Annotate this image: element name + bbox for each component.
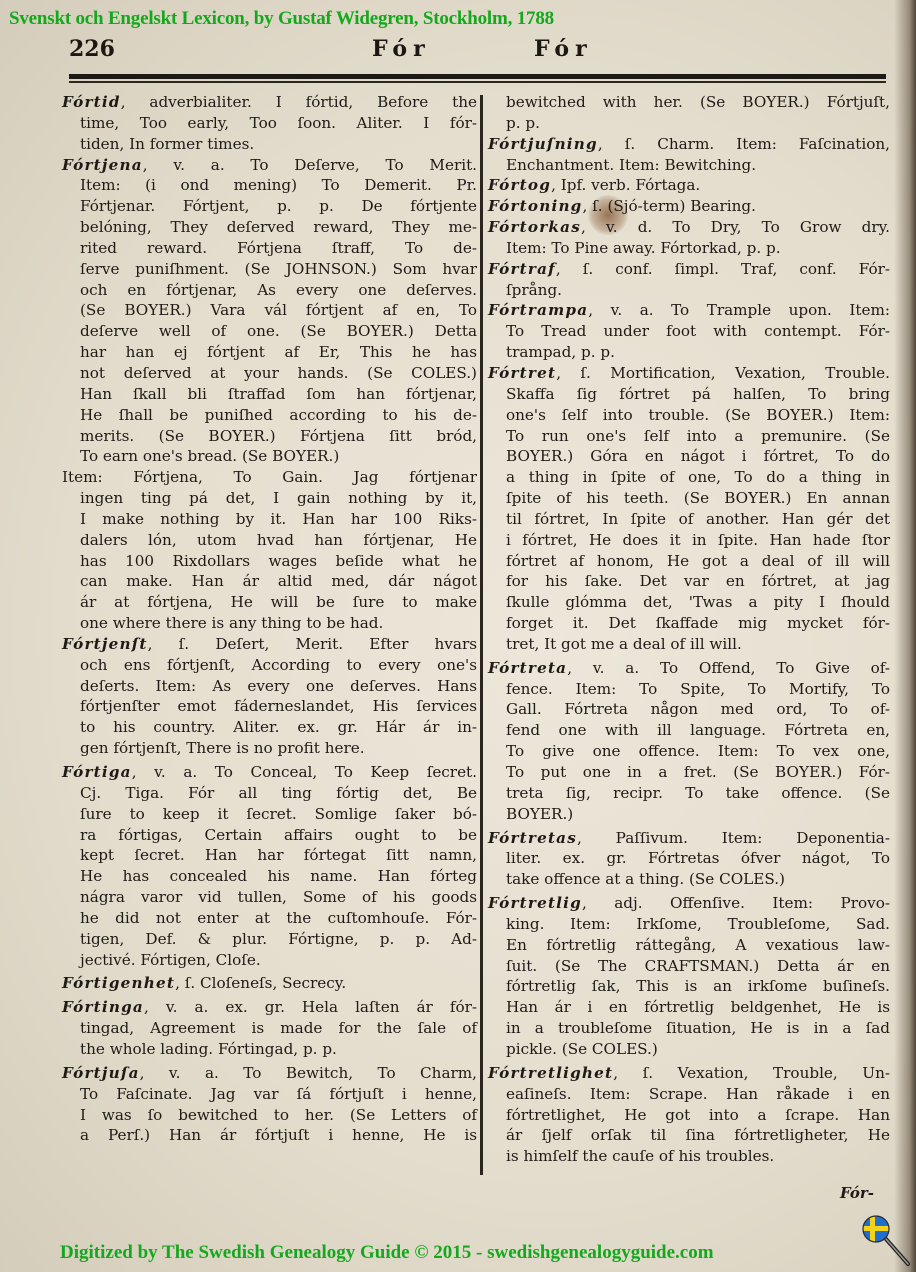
- dictionary-entry-line: deſerve well of one. (Se BOYER.) Detta: [62, 321, 477, 342]
- entry-text: fend one with ill language. Fórtreta en,: [506, 721, 890, 739]
- entry-text: tingad, Agreement is made for the ſale o…: [80, 1019, 477, 1037]
- dictionary-entry-line: he did not enter at the cuſtomhouſe. Fór…: [62, 908, 477, 929]
- dictionary-entry-line: bewitched with her. (Se BOYER.) Fórtjuſt…: [488, 92, 890, 113]
- entry-text: ſkulle glómma det, 'Twas a pity I ſhould: [506, 593, 890, 611]
- dictionary-entry-line: ingen ting pá det, I gain nothing by it,: [62, 488, 477, 509]
- entry-text: fórtretlighet, He got into a ſcrape. Han: [506, 1106, 890, 1124]
- dictionary-entry-headword-line: Fórtrampa, v. a. To Trample upon. Item:: [488, 300, 890, 321]
- entry-text: To Tread under foot with contempt. Fór-: [506, 322, 890, 340]
- dictionary-entry-line: tret, It got me a deal of ill will.: [488, 634, 890, 655]
- dictionary-entry-line: To give one offence. Item: To vex one,: [488, 741, 890, 762]
- entry-text: BOYER.): [506, 805, 573, 823]
- dictionary-entry-line: forget it. Det ſkaffade mig mycket fór-: [488, 613, 890, 634]
- entry-text: king. Item: Irkſome, Troubleſome, Sad.: [506, 915, 890, 933]
- entry-text: , ſ. conf. ſimpl. Traf, conf. Fór-: [556, 260, 890, 278]
- dictionary-entry-line: (Se BOYER.) Vara vál fórtjent af en, To: [62, 300, 477, 321]
- dictionary-entry-line: ſprång.: [488, 280, 890, 301]
- entry-text: To earn one's bread. (Se BOYER.): [80, 447, 339, 465]
- dictionary-entry-line: Han ár i en fórtretlig beldgenhet, He is: [488, 997, 890, 1018]
- entry-text: bewitched with her. (Se BOYER.) Fórtjuſt…: [506, 93, 890, 111]
- dictionary-entry-line: can make. Han ár altid med, dár nágot: [62, 571, 477, 592]
- dictionary-entry-line: och ens fórtjenſt, According to every on…: [62, 655, 477, 676]
- entry-text: To give one offence. Item: To vex one,: [506, 742, 890, 760]
- dictionary-entry-line: king. Item: Irkſome, Troubleſome, Sad.: [488, 914, 890, 935]
- entry-text: ingen ting pá det, I gain nothing by it,: [80, 489, 477, 507]
- entry-text: och en fórtjenar, As every one deſerves.: [80, 281, 477, 299]
- running-head-left: Fór: [372, 36, 431, 62]
- entry-text: for his ſake. Det var en fórtret, at jag: [506, 572, 890, 590]
- dictionary-entry-line: Han ſkall bli ſtraffad ſom han fórtjenar…: [62, 384, 477, 405]
- dictionary-entry-line: has 100 Rixdollars wages beſide what he: [62, 551, 477, 572]
- digitized-by-banner: Digitized by The Swedish Genealogy Guide…: [60, 1242, 714, 1264]
- entry-text: kept ſecret. Han har fórtegat ſitt namn,: [80, 846, 477, 864]
- dictionary-entry-line: BOYER.): [488, 804, 890, 825]
- dictionary-entry-line: the whole lading. Fórtingad, p. p.: [62, 1039, 477, 1060]
- entry-text: Item: To Pine away. Fórtorkad, p. p.: [506, 239, 781, 257]
- headword: Fórtorkas: [488, 218, 581, 236]
- entry-text: , Ipf. verb. Fórtaga.: [551, 176, 700, 194]
- dictionary-entry-headword-line: Fórtretas, Paſſivum. Item: Deponentia-: [488, 828, 890, 849]
- entry-text: is himſelf the cauſe of his troubles.: [506, 1147, 774, 1165]
- headword: Fórtigenhet: [62, 974, 175, 992]
- dictionary-entry-line: time, Too early, Too ſoon. Aliter. I fór…: [62, 113, 477, 134]
- entry-text: ár at fórtjena, He will be ſure to make: [80, 593, 477, 611]
- page-number: 226: [69, 36, 115, 62]
- dictionary-entry-line: I make nothing by it. Han har 100 Riks-: [62, 509, 477, 530]
- headword: Fórtinga: [62, 998, 144, 1016]
- entry-text: tiden, In former times.: [80, 135, 254, 153]
- entry-text: Item: (i ond mening) To Demerit. Pr.: [80, 176, 477, 194]
- entry-text: a Perſ.) Han ár fórtjuſt i henne, He is: [80, 1126, 477, 1144]
- entry-text: fence. Item: To Spite, To Mortify, To: [506, 680, 890, 698]
- entry-text: ár ſjelf orſak til ſina fórtretligheter,…: [506, 1126, 890, 1144]
- entry-text: deſerts. Item: As every one deſerves. Ha…: [80, 677, 477, 695]
- dictionary-entry-line: Item: To Pine away. Fórtorkad, p. p.: [488, 238, 890, 259]
- right-column: bewitched with her. (Se BOYER.) Fórtjuſt…: [488, 92, 890, 1167]
- dictionary-entry-line: Gall. Fórtreta någon med ord, To of-: [488, 699, 890, 720]
- entry-text: Han ár i en fórtretlig beldgenhet, He is: [506, 998, 890, 1016]
- header-rule: [69, 74, 886, 83]
- entry-text: p. p.: [506, 114, 540, 132]
- entry-text: liter. ex. gr. Fórtretas ófver nágot, To: [506, 849, 890, 867]
- dictionary-entry-headword-line: Fórtog, Ipf. verb. Fórtaga.: [488, 175, 890, 196]
- dictionary-entry-line: He ſhall be puniſhed according to his de…: [62, 405, 477, 426]
- page-edge-shadow: [894, 0, 916, 1272]
- dictionary-entry-headword-line: Fórtraf, ſ. conf. ſimpl. Traf, conf. Fór…: [488, 259, 890, 280]
- entry-text: ſpite of his teeth. (Se BOYER.) En annan: [506, 489, 890, 507]
- dictionary-entry-line: fórtjenſter emot fáderneslandet, His ſer…: [62, 696, 477, 717]
- entry-text: fórtret af honom, He got a deal of ill w…: [506, 552, 890, 570]
- dictionary-entry-line: for his ſake. Det var en fórtret, at jag: [488, 571, 890, 592]
- entry-text: ſuit. (Se The CRAFTSMAN.) Detta ár en: [506, 957, 890, 975]
- dictionary-entry-headword-line: Fórtjenſt, ſ. Deſert, Merit. Efter hvars: [62, 634, 477, 655]
- entry-text: not deſerved at your hands. (Se COLES.): [80, 364, 477, 382]
- entry-text: the whole lading. Fórtingad, p. p.: [80, 1040, 337, 1058]
- entry-text: , adverbialiter. I fórtid, Before the: [121, 93, 477, 111]
- dictionary-entry-headword-line: Fórtoning, ſ. (Sjó-term) Bearing.: [488, 196, 890, 217]
- entry-text: jectivé. Fórtigen, Cloſe.: [80, 951, 261, 969]
- entry-text: (Se BOYER.) Vara vál fórtjent af en, To: [80, 301, 477, 319]
- headword: Fórtretlighet: [488, 1064, 613, 1082]
- dictionary-entry-headword-line: Fórtret, ſ. Mortification, Vexation, Tro…: [488, 363, 890, 384]
- dictionary-entry-line: to his country. Aliter. ex. gr. Hár ár i…: [62, 717, 477, 738]
- dictionary-entry-line: pickle. (Se COLES.): [488, 1039, 890, 1060]
- dictionary-entry-line: Enchantment. Item: Bewitching.: [488, 155, 890, 176]
- dictionary-entry-line: deſerts. Item: As every one deſerves. Ha…: [62, 676, 477, 697]
- entry-text: ſure to keep it ſecret. Somlige ſaker bó…: [80, 805, 477, 823]
- dictionary-entry-line: To Faſcinate. Jag var ſá fórtjuſt i henn…: [62, 1084, 477, 1105]
- dictionary-entry-headword-line: Fórtigenhet, ſ. Cloſeneſs, Secrecy.: [62, 973, 477, 994]
- left-column: Fórtid, adverbialiter. I fórtid, Before …: [62, 92, 477, 1146]
- dictionary-entry-headword-line: Fórtiga, v. a. To Conceal, To Keep ſecre…: [62, 762, 477, 783]
- entry-text: He has concealed his name. Han fórteg: [80, 867, 477, 885]
- dictionary-entry-line: ſpite of his teeth. (Se BOYER.) En annan: [488, 488, 890, 509]
- dictionary-entry-line: take offence at a thing. (Se COLES.): [488, 869, 890, 890]
- dictionary-entry-line: To earn one's bread. (Se BOYER.): [62, 446, 477, 467]
- dictionary-entry-headword-line: Fórtinga, v. a. ex. gr. Hela laſten ár f…: [62, 997, 477, 1018]
- entry-text: pickle. (Se COLES.): [506, 1040, 658, 1058]
- entry-text: , ſ. (Sjó-term) Bearing.: [583, 197, 756, 215]
- dictionary-entry-line: har han ej fórtjent af Er, This he has: [62, 342, 477, 363]
- entry-text: can make. Han ár altid med, dár nágot: [80, 572, 477, 590]
- entry-text: belóning, They deſerved reward, They me-: [80, 218, 477, 236]
- dictionary-entry-line: gen fórtjenſt, There is no profit here.: [62, 738, 477, 759]
- dictionary-entry-line: a Perſ.) Han ár fórtjuſt i henne, He is: [62, 1125, 477, 1146]
- dictionary-entry-line: one's ſelf into trouble. (Se BOYER.) Ite…: [488, 405, 890, 426]
- entry-text: , v. a. To Offend, To Give of-: [567, 659, 890, 677]
- entry-text: Skaffa ſig fórtret pá halſen, To bring: [506, 385, 890, 403]
- entry-text: nágra varor vid tullen, Some of his good…: [80, 888, 477, 906]
- entry-text: treta ſig, recipr. To take offence. (Se: [506, 784, 890, 802]
- dictionary-entry-line: Fórtjenar. Fórtjent, p. p. De fórtjente: [62, 196, 477, 217]
- dictionary-entry-line: nágra varor vid tullen, Some of his good…: [62, 887, 477, 908]
- column-divider: [480, 95, 483, 1175]
- dictionary-entry-line: fórtretlighet, He got into a ſcrape. Han: [488, 1105, 890, 1126]
- entry-text: , ſ. Deſert, Merit. Efter hvars: [148, 635, 477, 653]
- dictionary-entry-line: dalers lón, utom hvad han fórtjenar, He: [62, 530, 477, 551]
- dictionary-entry-line: belóning, They deſerved reward, They me-: [62, 217, 477, 238]
- entry-text: fórtretlig ſak, This is an irkſome buſin…: [506, 977, 890, 995]
- dictionary-entry-headword-line: Fórtjuſa, v. a. To Bewitch, To Charm,: [62, 1063, 477, 1084]
- entry-text: forget it. Det ſkaffade mig mycket fór-: [506, 614, 890, 632]
- dictionary-entry-line: I was ſo bewitched to her. (Se Letters o…: [62, 1105, 477, 1126]
- entry-text: eaſineſs. Item: Scrape. Han råkade i en: [506, 1085, 890, 1103]
- dictionary-entry-line: To run one's ſelf into a premunire. (Se: [488, 426, 890, 447]
- dictionary-entry-headword-line: Fórtjuſning, ſ. Charm. Item: Faſcination…: [488, 134, 890, 155]
- entry-text: BOYER.) Góra en nágot i fórtret, To do: [506, 447, 890, 465]
- entry-text: Han ſkall bli ſtraffad ſom han fórtjenar…: [80, 385, 477, 403]
- headword: Fórtjena: [62, 156, 143, 174]
- scanned-page: Svenskt och Engelskt Lexicon, by Gustaf …: [0, 0, 916, 1272]
- entry-text: ſerve puniſhment. (Se JOHNSON.) Som hvar: [80, 260, 477, 278]
- dictionary-entry-headword-line: Fórtjena, v. a. To Deſerve, To Merit.: [62, 155, 477, 176]
- headword: Fórtretlig: [488, 894, 582, 912]
- entry-text: dalers lón, utom hvad han fórtjenar, He: [80, 531, 477, 549]
- entry-text: tigen, Def. & plur. Fórtigne, p. p. Ad-: [80, 930, 477, 948]
- headword: Fórtret: [488, 364, 556, 382]
- dictionary-entry-line: in a troubleſome ſituation, He is in a ſ…: [488, 1018, 890, 1039]
- entry-text: Item: Fórtjena, To Gain. Jag fórtjenar: [62, 468, 477, 486]
- dictionary-entry-line: ár ſjelf orſak til ſina fórtretligheter,…: [488, 1125, 890, 1146]
- dictionary-entry-headword-line: Fórtid, adverbialiter. I fórtid, Before …: [62, 92, 477, 113]
- headword: Fórtjuſning: [488, 135, 598, 153]
- entry-text: time, Too early, Too ſoon. Aliter. I fór…: [80, 114, 477, 132]
- dictionary-entry-line: fend one with ill language. Fórtreta en,: [488, 720, 890, 741]
- dictionary-entry-line: liter. ex. gr. Fórtretas ófver nágot, To: [488, 848, 890, 869]
- source-title-banner: Svenskt och Engelskt Lexicon, by Gustaf …: [9, 8, 554, 30]
- dictionary-entry-line: ſerve puniſhment. (Se JOHNSON.) Som hvar: [62, 259, 477, 280]
- dictionary-entry-line: tiden, In former times.: [62, 134, 477, 155]
- headword: Fórtid: [62, 93, 121, 111]
- entry-text: To put one in a fret. (Se BOYER.) Fór-: [506, 763, 890, 781]
- catchword: Fór-: [840, 1184, 874, 1202]
- entry-text: gen fórtjenſt, There is no profit here.: [80, 739, 365, 757]
- dictionary-entry-line: ſkulle glómma det, 'Twas a pity I ſhould: [488, 592, 890, 613]
- headword: Fórtiga: [62, 763, 132, 781]
- dictionary-entry-headword-line: Fórtreta, v. a. To Offend, To Give of-: [488, 658, 890, 679]
- entry-text: ſprång.: [506, 281, 562, 299]
- entry-text: i fórtret, He does it in ſpite. Han hade…: [506, 531, 890, 549]
- header-rule-thick: [69, 74, 886, 79]
- dictionary-entry-line: til fórtret, In ſpite of another. Han gé…: [488, 509, 890, 530]
- entry-text: och ens fórtjenſt, According to every on…: [80, 656, 477, 674]
- running-head-right: Fór: [534, 36, 593, 62]
- entry-text: merits. (Se BOYER.) Fórtjena ſitt bród,: [80, 427, 477, 445]
- entry-text: I make nothing by it. Han har 100 Riks-: [80, 510, 477, 528]
- dictionary-entry-headword-line: Fórtretlig, adj. Offenſive. Item: Provo-: [488, 893, 890, 914]
- entry-text: , v. a. To Trample upon. Item:: [588, 301, 890, 319]
- dictionary-entry-line: ſuit. (Se The CRAFTSMAN.) Detta ár en: [488, 956, 890, 977]
- dictionary-entry-line: och en fórtjenar, As every one deſerves.: [62, 280, 477, 301]
- dictionary-entry-line: Item: (i ond mening) To Demerit. Pr.: [62, 175, 477, 196]
- dictionary-entry-line: To Tread under foot with contempt. Fór-: [488, 321, 890, 342]
- headword: Fórtog: [488, 176, 551, 194]
- headword: Fórtreta: [488, 659, 567, 677]
- entry-text: , v. a. To Deſerve, To Merit.: [143, 156, 477, 174]
- entry-text: , ſ. Charm. Item: Faſcination,: [598, 135, 890, 153]
- dictionary-entry-line: fence. Item: To Spite, To Mortify, To: [488, 679, 890, 700]
- dictionary-entry-line: one where there is any thing to be had.: [62, 613, 477, 634]
- entry-text: he did not enter at the cuſtomhouſe. Fór…: [80, 909, 477, 927]
- entry-text: take offence at a thing. (Se COLES.): [506, 870, 785, 888]
- entry-text: , Paſſivum. Item: Deponentia-: [577, 829, 890, 847]
- dictionary-entry-line: He has concealed his name. Han fórteg: [62, 866, 477, 887]
- dictionary-entry-line: Skaffa ſig fórtret pá halſen, To bring: [488, 384, 890, 405]
- entry-text: fórtjenſter emot fáderneslandet, His ſer…: [80, 697, 477, 715]
- entry-text: En fórtretlig ráttegång, A vexatious law…: [506, 936, 890, 954]
- entry-text: rited reward. Fórtjena ſtraff, To de-: [80, 239, 477, 257]
- entry-text: in a troubleſome ſituation, He is in a ſ…: [506, 1019, 890, 1037]
- dictionary-entry-line: fórtret af honom, He got a deal of ill w…: [488, 551, 890, 572]
- dictionary-entry-line: tingad, Agreement is made for the ſale o…: [62, 1018, 477, 1039]
- entry-text: has 100 Rixdollars wages beſide what he: [80, 552, 477, 570]
- entry-text: deſerve well of one. (Se BOYER.) Detta: [80, 322, 477, 340]
- entry-text: to his country. Aliter. ex. gr. Hár ár i…: [80, 718, 477, 736]
- dictionary-entry-line: p. p.: [488, 113, 890, 134]
- dictionary-entry-line: merits. (Se BOYER.) Fórtjena ſitt bród,: [62, 426, 477, 447]
- entry-text: one's ſelf into trouble. (Se BOYER.) Ite…: [506, 406, 890, 424]
- entry-text: , ſ. Vexation, Trouble, Un-: [613, 1064, 890, 1082]
- entry-text: ra fórtigas, Certain affairs ought to be: [80, 826, 477, 844]
- entry-text: Cj. Tiga. Fór all ting fórtig det, Be: [80, 784, 477, 802]
- dictionary-entry-line: trampad, p. p.: [488, 342, 890, 363]
- headword: Fórtraf: [488, 260, 556, 278]
- dictionary-entry-line: tigen, Def. & plur. Fórtigne, p. p. Ad-: [62, 929, 477, 950]
- entry-text: , v. a. To Conceal, To Keep ſecret.: [132, 763, 477, 781]
- entry-text: , v. a. ex. gr. Hela laſten ár fór-: [144, 998, 477, 1016]
- dictionary-entry-line: jectivé. Fórtigen, Cloſe.: [62, 950, 477, 971]
- dictionary-entry-line: BOYER.) Góra en nágot i fórtret, To do: [488, 446, 890, 467]
- headword: Fórtretas: [488, 829, 577, 847]
- entry-text: , ſ. Mortification, Vexation, Trouble.: [556, 364, 890, 382]
- entry-text: , adj. Offenſive. Item: Provo-: [582, 894, 890, 912]
- dictionary-entry-line: i fórtret, He does it in ſpite. Han hade…: [488, 530, 890, 551]
- header-rule-thin: [69, 81, 886, 83]
- entry-text: til fórtret, In ſpite of another. Han gé…: [506, 510, 890, 528]
- dictionary-entry-line: fórtretlig ſak, This is an irkſome buſin…: [488, 976, 890, 997]
- entry-text: To run one's ſelf into a premunire. (Se: [506, 427, 890, 445]
- entry-text: Enchantment. Item: Bewitching.: [506, 156, 756, 174]
- dictionary-entry-line: kept ſecret. Han har fórtegat ſitt namn,: [62, 845, 477, 866]
- entry-text: , v. a. To Bewitch, To Charm,: [140, 1064, 477, 1082]
- dictionary-entry-line: En fórtretlig ráttegång, A vexatious law…: [488, 935, 890, 956]
- entry-text: To Faſcinate. Jag var ſá fórtjuſt i henn…: [80, 1085, 477, 1103]
- dictionary-entry-line: ra fórtigas, Certain affairs ought to be: [62, 825, 477, 846]
- dictionary-entry-line: is himſelf the cauſe of his troubles.: [488, 1146, 890, 1167]
- entry-text: Gall. Fórtreta någon med ord, To of-: [506, 700, 890, 718]
- entry-text: one where there is any thing to be had.: [80, 614, 383, 632]
- entry-text: tret, It got me a deal of ill will.: [506, 635, 742, 653]
- dictionary-entry-headword-line: Fórtretlighet, ſ. Vexation, Trouble, Un-: [488, 1063, 890, 1084]
- headword: Fórtoning: [488, 197, 583, 215]
- dictionary-entry-line: Cj. Tiga. Fór all ting fórtig det, Be: [62, 783, 477, 804]
- entry-text: Fórtjenar. Fórtjent, p. p. De fórtjente: [80, 197, 477, 215]
- entry-text: He ſhall be puniſhed according to his de…: [80, 406, 477, 424]
- entry-text: har han ej fórtjent af Er, This he has: [80, 343, 477, 361]
- entry-text: a thing in ſpite of one, To do a thing i…: [506, 468, 890, 486]
- dictionary-entry-line: Item: Fórtjena, To Gain. Jag fórtjenar: [62, 467, 477, 488]
- entry-text: trampad, p. p.: [506, 343, 615, 361]
- dictionary-entry-line: a thing in ſpite of one, To do a thing i…: [488, 467, 890, 488]
- headword: Fórtrampa: [488, 301, 588, 319]
- headword: Fórtjenſt: [62, 635, 148, 653]
- dictionary-entry-line: eaſineſs. Item: Scrape. Han råkade i en: [488, 1084, 890, 1105]
- dictionary-entry-headword-line: Fórtorkas, v. d. To Dry, To Grow dry.: [488, 217, 890, 238]
- dictionary-entry-line: To put one in a fret. (Se BOYER.) Fór-: [488, 762, 890, 783]
- entry-text: , ſ. Cloſeneſs, Secrecy.: [175, 974, 346, 992]
- entry-text: I was ſo bewitched to her. (Se Letters o…: [80, 1106, 477, 1124]
- entry-text: , v. d. To Dry, To Grow dry.: [581, 218, 890, 236]
- dictionary-entry-line: ſure to keep it ſecret. Somlige ſaker bó…: [62, 804, 477, 825]
- dictionary-entry-line: treta ſig, recipr. To take offence. (Se: [488, 783, 890, 804]
- swedish-flag-magnifier-icon[interactable]: [862, 1215, 912, 1267]
- dictionary-entry-line: ár at fórtjena, He will be ſure to make: [62, 592, 477, 613]
- dictionary-entry-line: not deſerved at your hands. (Se COLES.): [62, 363, 477, 384]
- headword: Fórtjuſa: [62, 1064, 140, 1082]
- dictionary-entry-line: rited reward. Fórtjena ſtraff, To de-: [62, 238, 477, 259]
